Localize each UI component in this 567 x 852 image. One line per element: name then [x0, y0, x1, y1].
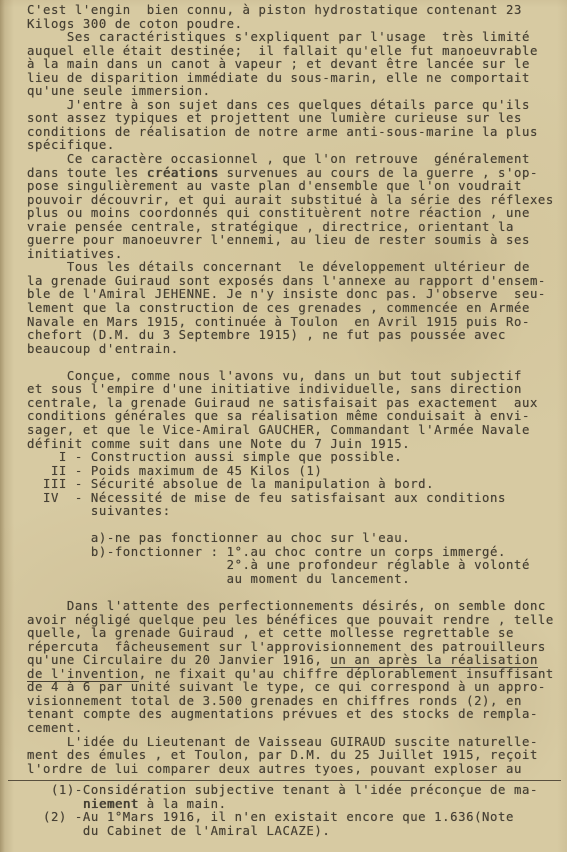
text-line: niement à la main. — [27, 798, 557, 812]
text-line: définit comme suit dans une Note du 7 Ju… — [27, 438, 557, 452]
text-line: de l'invention, ne fixait qu'au chiffre … — [27, 668, 557, 682]
text-line: lieu de disparition immédiate du sous-ma… — [27, 72, 557, 86]
text-line: visionnement total de 3.500 grenades en … — [27, 695, 557, 709]
text-line: b)-fonctionner : 1°.au choc contre un co… — [27, 546, 557, 560]
text-line: quelle, la grenade Guiraud , et cette mo… — [27, 627, 557, 641]
text-line: dans toute les créations survenues au co… — [27, 167, 557, 181]
text-line: sont assez typiques et projettent une lu… — [27, 112, 557, 126]
text-line: lement que la construction de ces grenad… — [27, 302, 557, 316]
text-line: ment des émules , et Toulon, par D.M. du… — [27, 749, 557, 763]
text-line: l'ordre de lui comparer deux autres tyoe… — [27, 763, 557, 777]
text-line: Navale en Mars 1915, continuée à Toulon … — [27, 316, 557, 330]
text-line: a)-ne pas fonctionner au choc sur l'eau. — [27, 532, 557, 546]
text-line: L'idée du Lieutenant de Vaisseau GUIRAUD… — [27, 736, 557, 750]
text-segment: , ne fixait qu'au chiffre déplorablement… — [139, 667, 554, 681]
text-line: pouvoir découvrir, et qui aurait substit… — [27, 194, 557, 208]
bold-text: créations — [147, 166, 219, 180]
text-line: et sous l'empire d'une initiative indivi… — [27, 383, 557, 397]
underlined-text: de l'invention — [27, 667, 139, 681]
blank-line — [27, 356, 557, 370]
text-line: III - Sécurité absolue de la manipulatio… — [27, 478, 557, 492]
text-segment: dans toute les — [27, 166, 147, 180]
text-line: chefort (D.M. du 3 Septembre 1915) , ne … — [27, 329, 557, 343]
text-line: C'est l'engin bien connu, à piston hydro… — [27, 4, 557, 18]
text-line: ble de l'Amiral JEHENNE. Je n'y insiste … — [27, 288, 557, 302]
text-line: Dans l'attente des perfectionnements dés… — [27, 600, 557, 614]
text-line: centrale, la grenade Guiraud ne satisfai… — [27, 397, 557, 411]
text-line: J'entre à son sujet dans ces quelques dé… — [27, 99, 557, 113]
blank-line — [27, 519, 557, 533]
text-line: pose singulièrement au vaste plan d'ense… — [27, 180, 557, 194]
footnote-separator-rule — [8, 780, 561, 781]
text-line: répercuta fâcheusement sur l'approvision… — [27, 641, 557, 655]
text-line: conditions de réalisation de notre arme … — [27, 126, 557, 140]
text-line: avoir négligé quelque peu les bénéfices … — [27, 614, 557, 628]
scanned-document: C'est l'engin bien connu, à piston hydro… — [0, 0, 567, 852]
bold-text: niement — [83, 797, 139, 811]
text-line: du Cabinet de l'Amiral LACAZE). — [27, 825, 557, 839]
typewritten-page: C'est l'engin bien connu, à piston hydro… — [0, 0, 567, 852]
text-line: auquel elle était destinée; il fallait q… — [27, 45, 557, 59]
text-line: qu'une seule immersion. — [27, 85, 557, 99]
text-line: sager, et que le Vice-Amiral GAUCHER, Co… — [27, 424, 557, 438]
text-line: spécifique. — [27, 139, 557, 153]
text-line: la grenade Guiraud sont exposés dans l'a… — [27, 275, 557, 289]
text-line: de 4 à 6 par unité suivant le type, ce q… — [27, 681, 557, 695]
text-line: II - Poids maximum de 45 Kilos (1) — [27, 465, 557, 479]
text-line: conditions générales que sa réalisation … — [27, 410, 557, 424]
text-line: qu'une Circulaire du 20 Janvier 1916, un… — [27, 654, 557, 668]
body-text: C'est l'engin bien connu, à piston hydro… — [27, 4, 557, 776]
text-line: Conçue, comme nous l'avons vu, dans un b… — [27, 370, 557, 384]
text-line: beaucoup d'entrain. — [27, 343, 557, 357]
text-line: Kilogs 300 de coton poudre. — [27, 18, 557, 32]
text-segment: survenues au cours de la guerre , s'op- — [219, 166, 538, 180]
text-segment — [27, 797, 83, 811]
text-line: Ce caractère occasionnel , que l'on retr… — [27, 153, 557, 167]
text-line: (2) -Au 1°Mars 1916, il n'en existait en… — [27, 811, 557, 825]
text-line: plus ou moins coordonnés qui constituère… — [27, 207, 557, 221]
text-segment: à la main. — [139, 797, 227, 811]
blank-line — [27, 587, 557, 601]
underlined-text: un an après la réalisation — [330, 653, 538, 667]
text-line: Tous les détails concernant le développe… — [27, 261, 557, 275]
text-line: vraie pensée centrale, stratégique , dir… — [27, 221, 557, 235]
text-line: Ses caractéristiques s'expliquent par l'… — [27, 31, 557, 45]
text-line: I - Construction aussi simple que possib… — [27, 451, 557, 465]
text-line: suivantes: — [27, 505, 557, 519]
text-line: à la main dans un canot à vapeur ; et de… — [27, 58, 557, 72]
text-line: (1)-Considération subjective tenant à l'… — [27, 784, 557, 798]
text-line: tenant compte des augmentations prévues … — [27, 708, 557, 722]
text-line: guerre pour manoeuvrer l'ennemi, au lieu… — [27, 234, 557, 248]
text-segment: qu'une Circulaire du 20 Janvier 1916, — [27, 653, 330, 667]
text-line: au moment du lancement. — [27, 573, 557, 587]
text-line: cement. — [27, 722, 557, 736]
footnotes: (1)-Considération subjective tenant à l'… — [27, 784, 557, 838]
text-line: initiatives. — [27, 248, 557, 262]
text-line: 2°.à une profondeur réglable à volonté — [27, 559, 557, 573]
text-line: IV - Nécessité de mise de feu satisfaisa… — [27, 492, 557, 506]
